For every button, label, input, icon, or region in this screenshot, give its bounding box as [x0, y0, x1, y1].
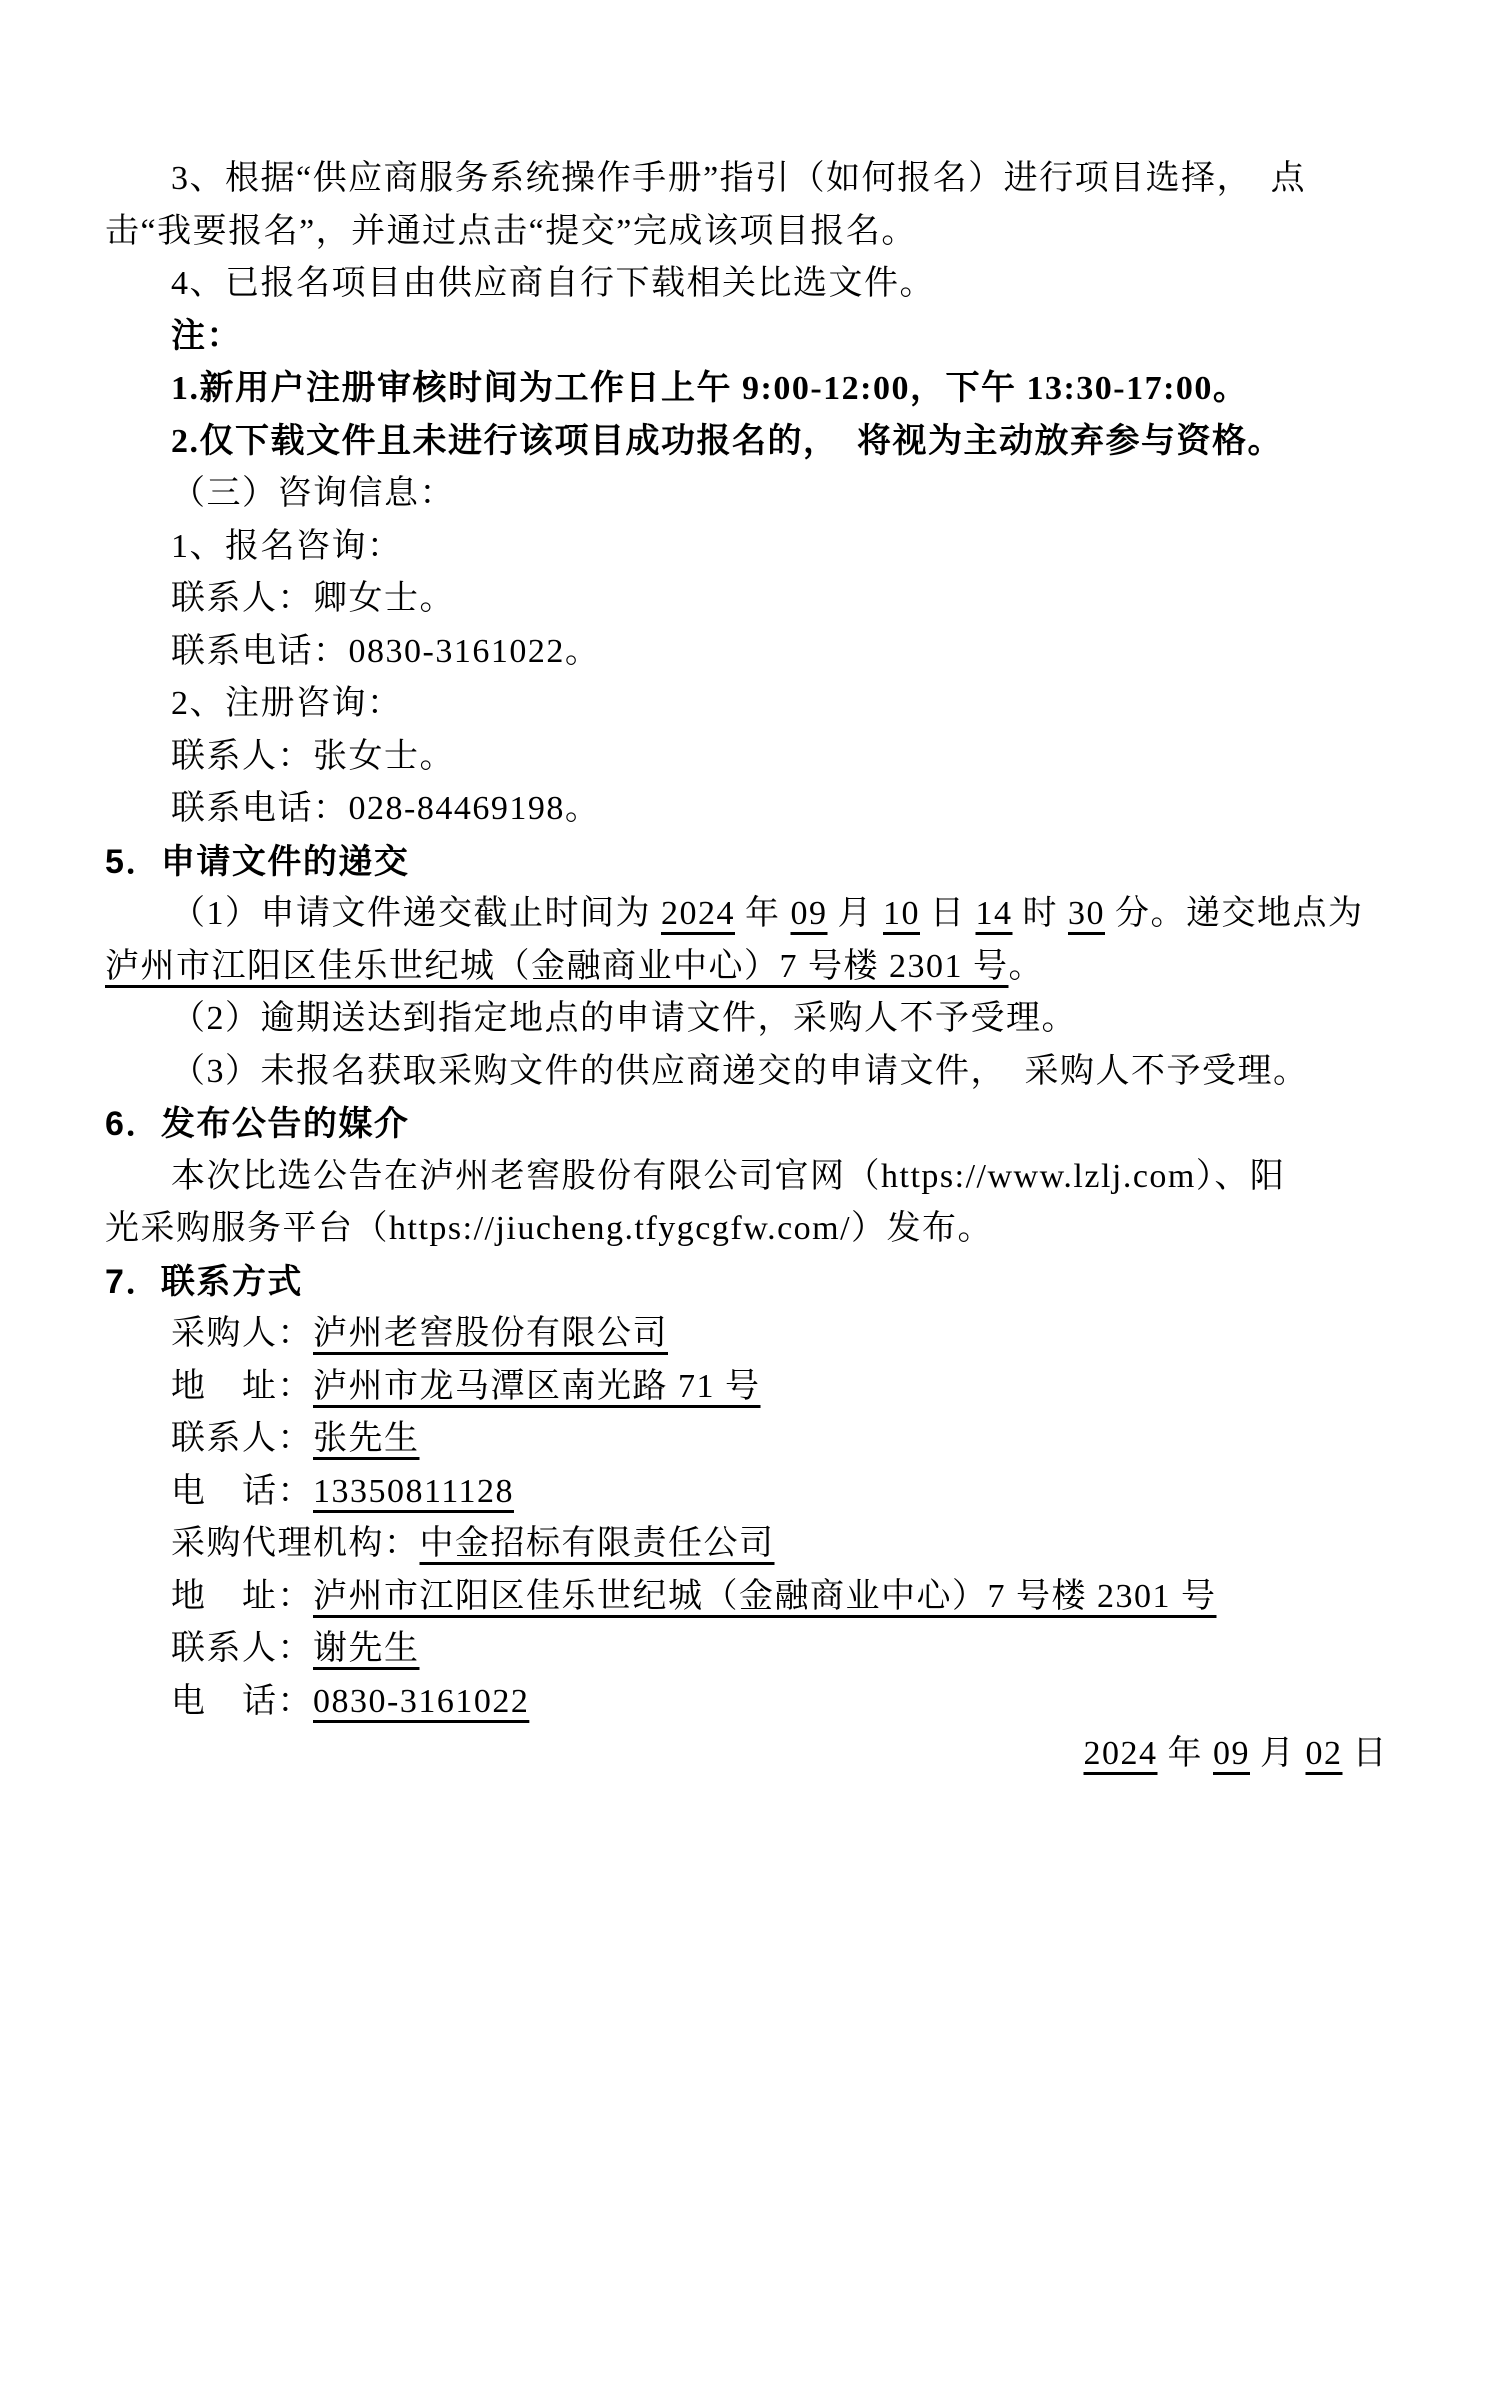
- text-run: 。: [1009, 948, 1045, 985]
- paragraph-step3-line2: 击“我要报名”，并通过点击“提交”完成该项目报名。: [105, 206, 1388, 259]
- field-label: 地 址：: [171, 1368, 313, 1405]
- text-run: 日: [920, 895, 976, 932]
- text-run: 2、注册咨询：: [171, 685, 403, 722]
- purchaser-address-line: 地 址：泸州市龙马潭区南光路 71 号: [105, 1361, 1388, 1414]
- text-run: 注：: [171, 318, 242, 355]
- text-run: 联系人：张女士。: [171, 738, 455, 775]
- text-run: 时: [1013, 895, 1069, 932]
- field-label: 电 话：: [171, 1473, 313, 1510]
- submission-rule3: （3）未报名获取采购文件的供应商递交的申请文件， 采购人不予受理。: [105, 1046, 1388, 1099]
- text-run: （3）未报名获取采购文件的供应商递交的申请文件， 采购人不予受理。: [171, 1053, 1309, 1090]
- submission-rule2: （2）逾期送达到指定地点的申请文件，采购人不予受理。: [105, 993, 1388, 1046]
- text-run: （1）申请文件递交截止时间为: [171, 895, 661, 932]
- document-content: 3、根据“供应商服务系统操作手册”指引（如何报名）进行项目选择， 点 击“我要报…: [0, 0, 1500, 1781]
- deadline-month-value: 09: [791, 895, 828, 932]
- field-label: 地 址：: [171, 1578, 313, 1615]
- text-run: （2）逾期送达到指定地点的申请文件，采购人不予受理。: [171, 1000, 1077, 1037]
- deadline-hour-value: 14: [976, 895, 1013, 932]
- submission-deadline-line: （1）申请文件递交截止时间为 2024 年 09 月 10 日 14 时 30 …: [105, 888, 1388, 941]
- note-item2: 2.仅下载文件且未进行该项目成功报名的， 将视为主动放弃参与资格。: [105, 416, 1388, 469]
- note-label: 注：: [105, 311, 1388, 364]
- consult-signup-phone: 联系电话：0830-3161022。: [105, 626, 1388, 679]
- text-run: 年: [735, 895, 791, 932]
- purchaser-phone-line: 电 话：13350811128: [105, 1466, 1388, 1519]
- purchaser-name-line: 采购人：泸州老窖股份有限公司: [105, 1308, 1388, 1361]
- consult-register-phone: 联系电话：028-84469198。: [105, 783, 1388, 836]
- agency-address-line: 地 址：泸州市江阳区佳乐世纪城（金融商业中心）7 号楼 2301 号: [105, 1571, 1388, 1624]
- consult-signup-contact: 联系人：卿女士。: [105, 573, 1388, 626]
- text-run: （三）咨询信息：: [171, 475, 455, 512]
- heading-text: 7．联系方式: [105, 1263, 303, 1301]
- deadline-day-value: 10: [883, 895, 920, 932]
- paragraph-step4: 4、已报名项目由供应商自行下载相关比选文件。: [105, 258, 1388, 311]
- document-date: 2024 年 09 月 02 日: [105, 1728, 1388, 1781]
- heading-section5: 5．申请文件的递交: [105, 836, 1388, 889]
- date-year-value: 2024: [1084, 1735, 1158, 1772]
- heading-text: 5．申请文件的递交: [105, 843, 409, 881]
- field-label: 电 话：: [171, 1683, 313, 1720]
- media-line2: 光采购服务平台（https://jiucheng.tfygcgfw.com/）发…: [105, 1203, 1388, 1256]
- field-label: 采购人：: [171, 1315, 313, 1352]
- text-run: 年: [1158, 1735, 1214, 1772]
- heading-section7: 7．联系方式: [105, 1256, 1388, 1309]
- text-run: 3、根据“供应商服务系统操作手册”指引（如何报名）进行项目选择， 点: [171, 160, 1306, 197]
- deadline-minute-value: 30: [1068, 895, 1105, 932]
- agency-address-value: 泸州市江阳区佳乐世纪城（金融商业中心）7 号楼 2301 号: [313, 1578, 1217, 1615]
- date-month-value: 09: [1213, 1735, 1250, 1772]
- deadline-year-value: 2024: [661, 895, 735, 932]
- heading-text: 6．发布公告的媒介: [105, 1105, 409, 1143]
- purchaser-contact-value: 张先生: [313, 1420, 420, 1457]
- purchaser-contact-line: 联系人：张先生: [105, 1413, 1388, 1466]
- field-label: 联系人：: [171, 1630, 313, 1667]
- consult-register-title: 2、注册咨询：: [105, 678, 1388, 731]
- text-run: 1.新用户注册审核时间为工作日上午 9:00-12:00，下午 13:30-17…: [171, 370, 1248, 407]
- text-run: 分。递交地点为: [1105, 895, 1364, 932]
- text-run: 光采购服务平台（https://jiucheng.tfygcgfw.com/）发…: [105, 1210, 993, 1247]
- text-run: 月: [828, 895, 884, 932]
- consult-section-title: （三）咨询信息：: [105, 468, 1388, 521]
- text-run: 月: [1250, 1735, 1306, 1772]
- text-run: 联系电话：028-84469198。: [171, 790, 600, 827]
- media-line1: 本次比选公告在泸州老窖股份有限公司官网（https://www.lzlj.com…: [105, 1151, 1388, 1204]
- text-run: 2.仅下载文件且未进行该项目成功报名的， 将视为主动放弃参与资格。: [171, 423, 1283, 460]
- agency-phone-value: 0830-3161022: [313, 1683, 529, 1720]
- date-day-value: 02: [1306, 1735, 1343, 1772]
- text-run: 4、已报名项目由供应商自行下载相关比选文件。: [171, 265, 935, 302]
- note-item1: 1.新用户注册审核时间为工作日上午 9:00-12:00，下午 13:30-17…: [105, 363, 1388, 416]
- submission-address-line: 泸州市江阳区佳乐世纪城（金融商业中心）7 号楼 2301 号。: [105, 941, 1388, 994]
- submission-address-value: 泸州市江阳区佳乐世纪城（金融商业中心）7 号楼 2301 号: [105, 948, 1009, 985]
- purchaser-phone-value: 13350811128: [313, 1473, 514, 1510]
- agency-contact-line: 联系人：谢先生: [105, 1623, 1388, 1676]
- field-label: 联系人：: [171, 1420, 313, 1457]
- heading-section6: 6．发布公告的媒介: [105, 1098, 1388, 1151]
- text-run: 击“我要报名”，并通过点击“提交”完成该项目报名。: [105, 213, 917, 250]
- consult-register-contact: 联系人：张女士。: [105, 731, 1388, 784]
- agency-name-line: 采购代理机构：中金招标有限责任公司: [105, 1518, 1388, 1571]
- text-run: 联系人：卿女士。: [171, 580, 455, 617]
- field-label: 采购代理机构：: [171, 1525, 420, 1562]
- purchaser-name-value: 泸州老窖股份有限公司: [313, 1315, 668, 1352]
- text-run: 联系电话：0830-3161022。: [171, 633, 600, 670]
- document-page: 3、根据“供应商服务系统操作手册”指引（如何报名）进行项目选择， 点 击“我要报…: [0, 0, 1500, 2384]
- consult-signup-title: 1、报名咨询：: [105, 521, 1388, 574]
- text-run: 1、报名咨询：: [171, 528, 403, 565]
- paragraph-step3-line1: 3、根据“供应商服务系统操作手册”指引（如何报名）进行项目选择， 点: [105, 153, 1388, 206]
- purchaser-address-value: 泸州市龙马潭区南光路 71 号: [313, 1368, 761, 1405]
- text-run: 日: [1343, 1735, 1389, 1772]
- agency-phone-line: 电 话：0830-3161022: [105, 1676, 1388, 1729]
- agency-contact-value: 谢先生: [313, 1630, 420, 1667]
- agency-name-value: 中金招标有限责任公司: [420, 1525, 775, 1562]
- text-run: 本次比选公告在泸州老窖股份有限公司官网（https://www.lzlj.com…: [171, 1158, 1285, 1195]
